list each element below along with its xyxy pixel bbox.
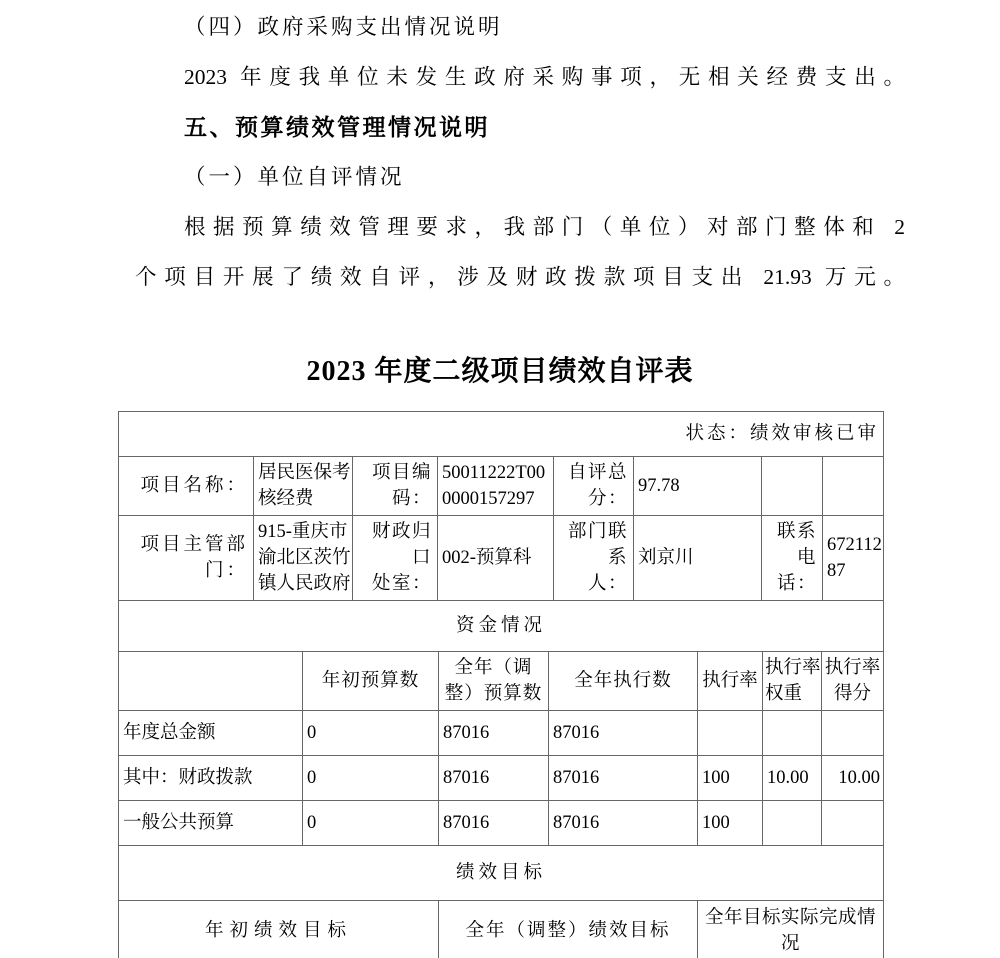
info1-empty-cell-2	[822, 457, 883, 515]
table-title: 2023 年度二级项目绩效自评表	[0, 355, 1000, 389]
funding-header-score: 执行率 得分	[821, 652, 883, 710]
funding-public-label-cell: 一般公共预算	[119, 801, 302, 845]
goals-header-row: 年初绩效目标 全年（调整）绩效目标 全年目标实际完成情 况	[119, 900, 883, 958]
funding-fiscal-executed: 87016	[548, 756, 697, 800]
project-info-row-1: 项目名称： 居民医保考 核经费 项目编 码： 50011222T00 00001…	[119, 456, 883, 515]
contact-label-cell: 部门联系 人：	[553, 516, 633, 600]
funding-public-score	[821, 801, 883, 845]
project-name-value: 居民医保考 核经费	[254, 460, 352, 512]
goals-header-initial: 年初绩效目标	[119, 901, 438, 958]
project-code-label: 项目编 码：	[353, 460, 437, 512]
project-info-row-2: 项目主管部 门： 915-重庆市 渝北区茨竹 镇人民政府 财政归口 处室： 00…	[119, 515, 883, 600]
intro-text-block: （四）政府采购支出情况说明 2023 年度我单位未发生政府采购事项，无相关经费支…	[135, 0, 905, 302]
project-name-value-cell: 居民医保考 核经费	[253, 457, 352, 515]
finance-office-value: 002-预算科	[438, 545, 553, 571]
funding-section-title: 资金情况	[119, 613, 883, 639]
dept-value: 915-重庆市 渝北区茨竹 镇人民政府	[254, 519, 352, 597]
para-selfeval-line1: 根据预算绩效管理要求，我部门（单位）对部门整体和 2	[135, 202, 905, 252]
funding-public-initial: 0	[302, 801, 438, 845]
funding-public-adjusted: 87016	[438, 801, 548, 845]
funding-fiscal-label-cell: 其中：财政拨款	[119, 756, 302, 800]
project-code-value: 50011222T00 0000157297	[438, 460, 553, 512]
funding-fiscal-adjusted: 87016	[438, 756, 548, 800]
self-score-value: 97.78	[634, 473, 761, 499]
funding-header-adjusted: 全年（调 整）预算数	[438, 652, 548, 710]
dept-label: 项目主管部 门：	[119, 532, 253, 584]
self-evaluation-table: 状态：绩效审核已审 项目名称： 居民医保考 核经费 项目编 码： 5001122…	[118, 411, 884, 958]
status-row: 状态：绩效审核已审	[119, 412, 883, 456]
phone-label: 联系 电 话：	[762, 519, 822, 597]
finance-office-label-cell: 财政归口 处室：	[352, 516, 437, 600]
goals-section-title: 绩效目标	[119, 860, 883, 886]
status-text: 状态：绩效审核已审	[685, 421, 883, 447]
funding-total-initial: 0	[302, 711, 438, 755]
para-selfeval-line2: 个项目开展了绩效自评，涉及财政拨款项目支出 21.93 万元。	[135, 252, 905, 302]
funding-fiscal-weight: 10.00	[762, 756, 821, 800]
self-score-label-cell: 自评总 分：	[553, 457, 633, 515]
finance-office-label: 财政归口 处室：	[353, 519, 437, 597]
phone-value-cell: 672112 87	[822, 516, 883, 600]
para-procurement: 2023 年度我单位未发生政府采购事项，无相关经费支出。	[135, 52, 905, 102]
funding-header-empty	[119, 652, 302, 710]
funding-total-weight	[762, 711, 821, 755]
funding-header-weight: 执行率 权重	[762, 652, 821, 710]
funding-total-rate	[697, 711, 762, 755]
funding-total-label-cell: 年度总金额	[119, 711, 302, 755]
funding-section-row: 资金情况	[119, 600, 883, 651]
heading-procurement: （四）政府采购支出情况说明	[135, 2, 905, 52]
self-score-value-cell: 97.78	[633, 457, 761, 515]
funding-public-rate: 100	[697, 801, 762, 845]
project-name-label-cell: 项目名称：	[119, 457, 253, 515]
contact-label: 部门联系 人：	[554, 519, 633, 597]
phone-value: 672112 87	[823, 532, 883, 584]
funding-row-total: 年度总金额 0 87016 87016	[119, 710, 883, 755]
funding-public-weight	[762, 801, 821, 845]
phone-label-cell: 联系 电 话：	[761, 516, 822, 600]
funding-header-initial: 年初预算数	[302, 652, 438, 710]
funding-total-adjusted: 87016	[438, 711, 548, 755]
funding-row-public-budget: 一般公共预算 0 87016 87016 100	[119, 800, 883, 845]
funding-header-executed: 全年执行数	[548, 652, 697, 710]
funding-fiscal-rate: 100	[697, 756, 762, 800]
self-score-label: 自评总 分：	[554, 460, 633, 512]
project-code-label-cell: 项目编 码：	[352, 457, 437, 515]
info1-empty-cell-1	[761, 457, 822, 515]
contact-value: 刘京川	[634, 545, 761, 571]
heading-section-5: 五、预算绩效管理情况说明	[135, 102, 905, 152]
funding-row-fiscal: 其中：财政拨款 0 87016 87016 100 10.00 10.00	[119, 755, 883, 800]
document-page: （四）政府采购支出情况说明 2023 年度我单位未发生政府采购事项，无相关经费支…	[0, 0, 1000, 958]
dept-value-cell: 915-重庆市 渝北区茨竹 镇人民政府	[253, 516, 352, 600]
funding-header-row: 年初预算数 全年（调 整）预算数 全年执行数 执行率 执行率 权重 执行率 得分	[119, 651, 883, 710]
funding-fiscal-score: 10.00	[821, 756, 883, 800]
dept-label-cell: 项目主管部 门：	[119, 516, 253, 600]
goals-header-actual: 全年目标实际完成情 况	[697, 901, 883, 958]
goals-section-row: 绩效目标	[119, 845, 883, 900]
contact-value-cell: 刘京川	[633, 516, 761, 600]
funding-fiscal-initial: 0	[302, 756, 438, 800]
project-code-value-cell: 50011222T00 0000157297	[437, 457, 553, 515]
goals-header-adjusted: 全年（调整）绩效目标	[438, 901, 697, 958]
heading-subsection-1: （一）单位自评情况	[135, 152, 905, 202]
funding-header-rate: 执行率	[697, 652, 762, 710]
funding-total-score	[821, 711, 883, 755]
funding-total-executed: 87016	[548, 711, 697, 755]
funding-public-executed: 87016	[548, 801, 697, 845]
finance-office-value-cell: 002-预算科	[437, 516, 553, 600]
project-name-label: 项目名称：	[119, 473, 253, 499]
